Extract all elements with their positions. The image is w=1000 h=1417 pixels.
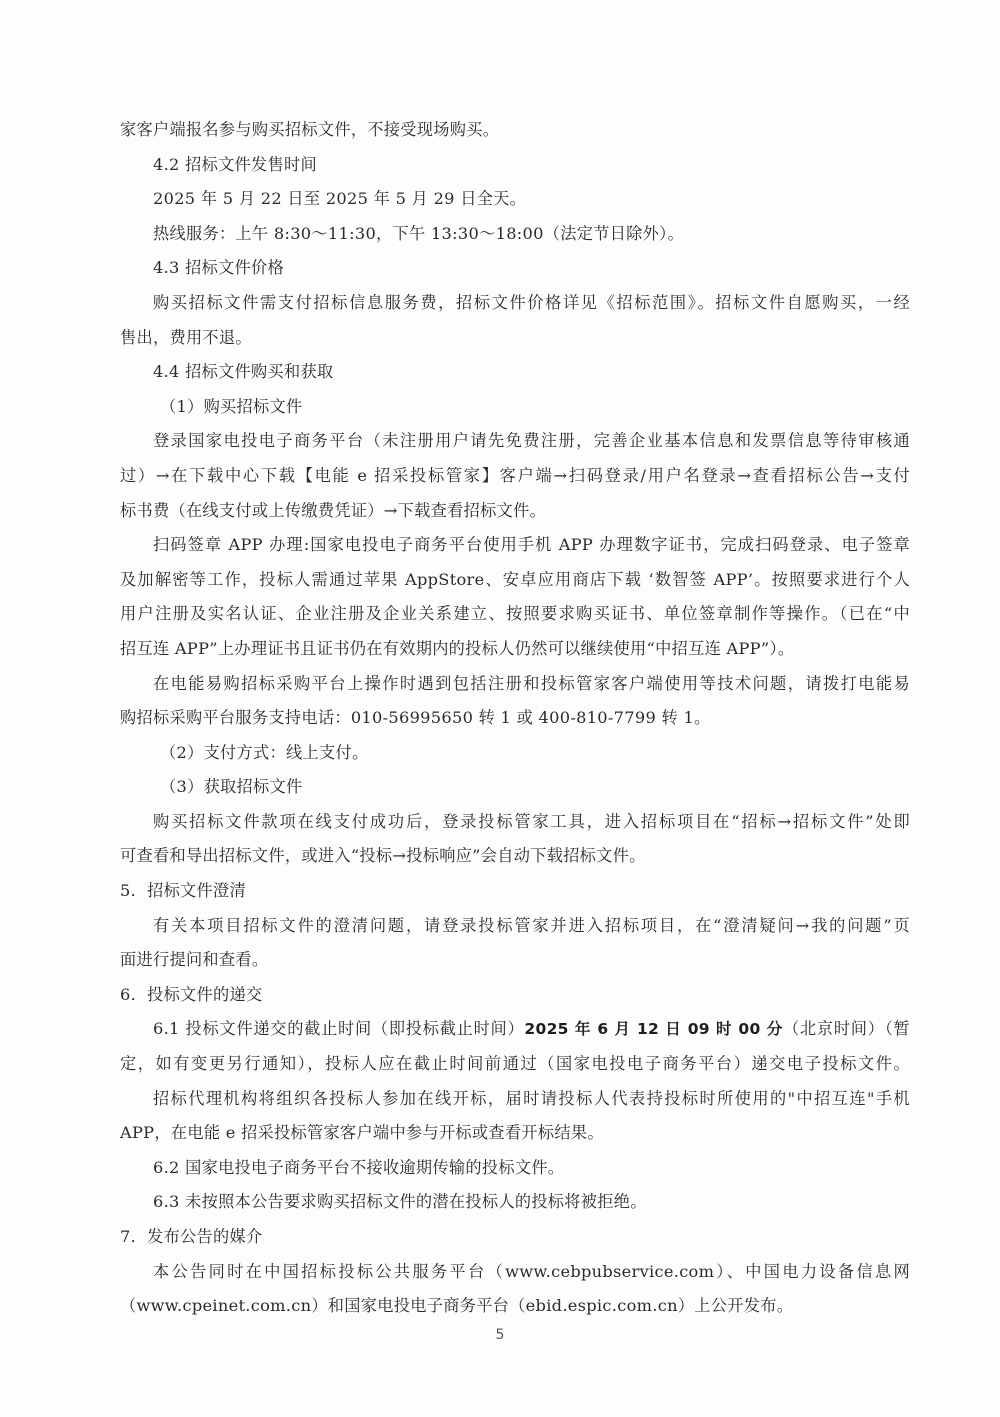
opening-paragraph-line-1: 招标代理机构将组织各投标人参加在线开标，届时请投标人代表持投标时所使用的"中招互… [120,1082,910,1117]
clarify-paragraph-line-1: 有关本项目招标文件的澄清问题，请登录投标管家并进入招标项目，在“澄清疑问→我的问… [120,909,910,944]
deadline-paragraph-line-1: 6.1 投标文件递交的截止时间（即投标截止时间）2025 年 6 月 12 日 … [120,1012,910,1047]
subheading-purchase: （1）购买招标文件 [120,390,910,425]
obtain-paragraph-line-1: 购买招标文件款项在线支付成功后，登录投标管家工具，进入招标项目在“招标→招标文件… [120,805,910,840]
deadline-datetime: 2025 年 6 月 12 日 09 时 00 分 [524,1020,783,1038]
support-paragraph-line-1: 在电能易购招标采购平台上操作时遇到包括注册和投标管家客户端使用等技术问题，请拨打… [120,667,910,702]
deadline-text-before: 6.1 投标文件递交的截止时间（即投标截止时间） [153,1019,524,1038]
media-paragraph-line-1: 本公告同时在中国招标投标公共服务平台（www.cebpubservice.com… [120,1255,910,1290]
document-body: 家客户端报名参与购买招标文件，不接受现场购买。 4.2 招标文件发售时间 202… [120,113,910,1324]
price-paragraph-line-1: 购买招标文件需支付招标信息服务费，招标文件价格详见《招标范围》。招标文件自愿购买… [120,286,910,321]
sale-period-text: 2025 年 5 月 22 日至 2025 年 5 月 29 日全天。 [120,182,910,217]
paragraph-continuation: 家客户端报名参与购买招标文件，不接受现场购买。 [120,113,910,148]
obtain-paragraph-line-2: 可查看和导出招标文件，或进入“投标→投标响应”会自动下载招标文件。 [120,839,910,874]
support-paragraph-line-2: 购招标采购平台服务支持电话：010-56995650 转 1 或 400-810… [120,701,910,736]
clarify-paragraph-line-2: 面进行提问和查看。 [120,943,910,978]
subheading-obtain: （3）获取招标文件 [120,770,910,805]
price-paragraph-line-2: 售出，费用不退。 [120,321,910,356]
deadline-paragraph-line-2: 定，如有变更另行通知），投标人应在截止时间前通过（国家电投电子商务平台）递交电子… [120,1047,910,1082]
media-paragraph-line-2: （www.cpeinet.com.cn）和国家电投电子商务平台（ebid.esp… [120,1289,910,1324]
login-paragraph-line-1: 登录国家电投电子商务平台（未注册用户请先免费注册，完善企业基本信息和发票信息等待… [120,424,910,459]
section-heading-6: 6．投标文件的递交 [120,978,910,1013]
app-paragraph-line-4: 招互连 APP”上办理证书且证书仍在有效期内的投标人仍然可以继续使用“中招互连 … [120,632,910,667]
opening-paragraph-line-2: APP，在电能 e 招采投标管家客户端中参与开标或查看开标结果。 [120,1116,910,1151]
clause-6-3: 6.3 未按照本公告要求购买招标文件的潜在投标人的投标将被拒绝。 [120,1185,910,1220]
login-paragraph-line-2: 过）→在下载中心下载【电能 e 招采投标管家】客户端→扫码登录/用户名登录→查看… [120,459,910,494]
hotline-hours-text: 热线服务：上午 8:30～11:30，下午 13:30～18:00（法定节日除外… [120,217,910,252]
section-heading-4-3: 4.3 招标文件价格 [120,251,910,286]
deadline-text-after: （北京时间）（暂 [783,1019,910,1038]
login-paragraph-line-3: 标书费（在线支付或上传缴费凭证）→下载查看招标文件。 [120,494,910,529]
clause-6-2: 6.2 国家电投电子商务平台不接收逾期传输的投标文件。 [120,1151,910,1186]
section-heading-4-4: 4.4 招标文件购买和获取 [120,355,910,390]
app-paragraph-line-3: 用户注册及实名认证、企业注册及企业关系建立、按照要求购买证书、单位签章制作等操作… [120,597,910,632]
subheading-payment: （2）支付方式：线上支付。 [120,736,910,771]
document-page: 家客户端报名参与购买招标文件，不接受现场购买。 4.2 招标文件发售时间 202… [0,0,1000,1417]
app-paragraph-line-1: 扫码签章 APP 办理:国家电投电子商务平台使用手机 APP 办理数字证书，完成… [120,528,910,563]
section-heading-7: 7．发布公告的媒介 [120,1220,910,1255]
section-heading-4-2: 4.2 招标文件发售时间 [120,148,910,183]
page-number: 5 [0,1327,1000,1343]
section-heading-5: 5．招标文件澄清 [120,874,910,909]
app-paragraph-line-2: 及加解密等工作，投标人需通过苹果 AppStore、安卓应用商店下载 ‘数智签 … [120,563,910,598]
